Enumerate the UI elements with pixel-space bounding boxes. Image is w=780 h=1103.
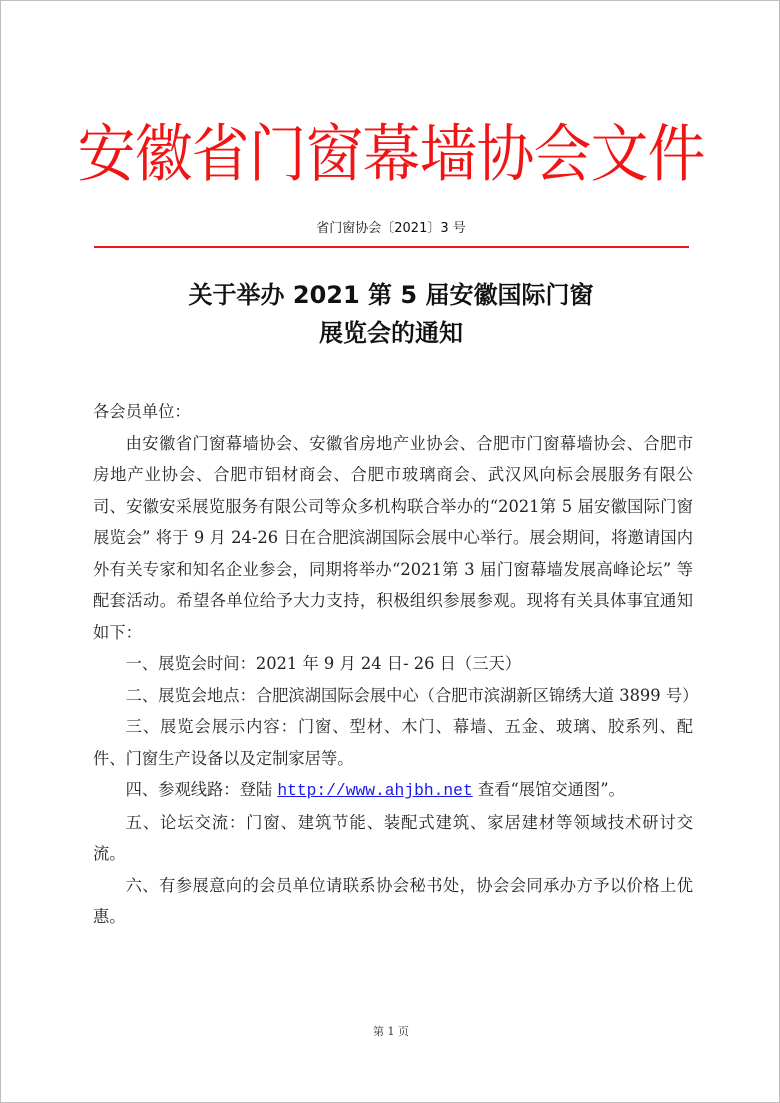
org-letterhead-title: 安徽省门窗幕墙协会文件 <box>1 116 780 192</box>
website-link[interactable]: http://www.ahjbh.net <box>277 781 472 800</box>
notice-title-line-2: 展览会的通知 <box>1 314 780 352</box>
item-exhibition-content: 三、展览会展示内容：门窗、型材、木门、幕墙、五金、玻璃、胶系列、配件、门窗生产设… <box>93 711 693 774</box>
visit-route-prefix: 四、参观线路：登陆 <box>126 780 278 799</box>
page-number: 第 1 页 <box>1 1023 780 1039</box>
salutation: 各会员单位： <box>93 396 693 428</box>
intro-paragraph: 由安徽省门窗幕墙协会、安徽省房地产业协会、合肥市门窗幕墙协会、合肥市房地产业协会… <box>93 428 693 649</box>
item-exhibition-time: 一、展览会时间：2021 年 9 月 24 日- 26 日（三天） <box>93 648 693 680</box>
item-exhibition-venue: 二、展览会地点：合肥滨湖国际会展中心（合肥市滨湖新区锦绣大道 3899 号） <box>93 680 693 712</box>
notice-body: 各会员单位： 由安徽省门窗幕墙协会、安徽省房地产业协会、合肥市门窗幕墙协会、合肥… <box>93 396 693 933</box>
document-page: 安徽省门窗幕墙协会文件 省门窗协会〔2021〕3 号 关于举办 2021 第 5… <box>0 0 780 1103</box>
item-member-discount: 六、有参展意向的会员单位请联系协会秘书处，协会会同承办方予以价格上优惠。 <box>93 870 693 933</box>
notice-title: 关于举办 2021 第 5 届安徽国际门窗 展览会的通知 <box>1 276 780 352</box>
notice-title-line-1: 关于举办 2021 第 5 届安徽国际门窗 <box>1 276 780 314</box>
red-divider-line <box>94 246 689 248</box>
item-visit-route: 四、参观线路：登陆 http://www.ahjbh.net 查看“展馆交通图”… <box>93 774 693 807</box>
item-forum-exchange: 五、论坛交流：门窗、建筑节能、装配式建筑、家居建材等领域技术研讨交流。 <box>93 807 693 870</box>
document-number: 省门窗协会〔2021〕3 号 <box>1 219 780 239</box>
visit-route-suffix: 查看“展馆交通图”。 <box>473 780 625 799</box>
